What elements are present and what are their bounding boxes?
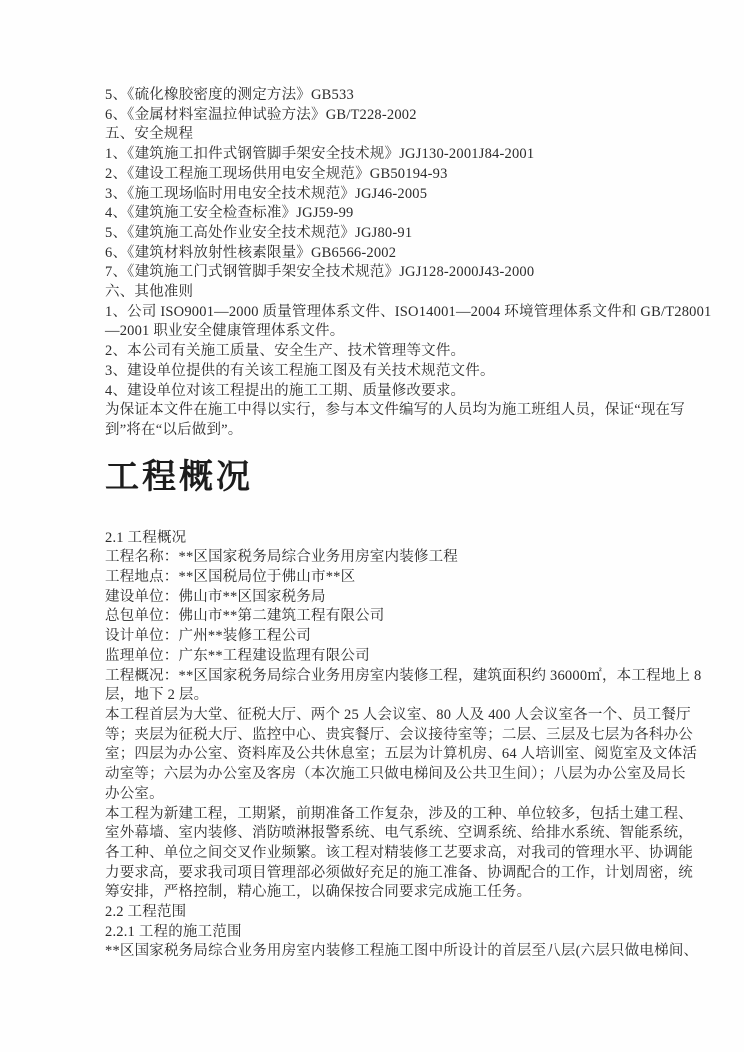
text-line: 2.2.1 工程的施工范围: [105, 923, 665, 943]
text-line: 7、《建筑施工门式钢管脚手架安全技术规范》JGJ128-2000J43-2000: [105, 263, 665, 283]
text-line: 设计单位：广州**装修工程公司: [105, 627, 665, 647]
text-line: 监理单位：广东**工程建设监理有限公司: [105, 647, 665, 667]
text-line: 1、《建筑施工扣件式钢管脚手架安全技术规》JGJ130-2001J84-2001: [105, 145, 665, 165]
text-line: 本工程为新建工程，工期紧，前期准备工作复杂，涉及的工种、单位较多，包括土建工程、: [105, 805, 665, 825]
text-line: 等；夹层为征税大厅、监控中心、贵宾餐厅、会议接待室等；二层、三层及七层为各科办公: [105, 726, 665, 746]
document-page: 5、《硫化橡胶密度的测定方法》GB5336、《金属材料室温拉伸试验方法》GB/T…: [0, 0, 744, 1052]
text-line: —2001 职业安全健康管理体系文件。: [105, 322, 665, 342]
text-line: 6、《建筑材料放射性核素限量》GB6566-2002: [105, 244, 665, 264]
text-line: 各工种、单位之间交叉作业频繁。该工程对精装修工艺要求高，对我司的管理水平、协调能: [105, 844, 665, 864]
text-line: 工程地点：**区国税局位于佛山市**区: [105, 568, 665, 588]
text-line: 六、其他准则: [105, 283, 665, 303]
text-line: 到”将在“以后做到”。: [105, 421, 665, 441]
text-line: 工程概况：**区国家税务局综合业务用房室内装修工程，建筑面积约 36000㎡，本…: [105, 667, 665, 687]
text-line: 五、安全规程: [105, 125, 665, 145]
text-line: 层，地下 2 层。: [105, 686, 665, 706]
text-line: 5、《建筑施工高处作业安全技术规范》JGJ80-91: [105, 224, 665, 244]
text-line: 室；四层为办公室、资料库及公共休息室；五层为计算机房、64 人培训室、阅览室及文…: [105, 745, 665, 765]
regulations-text-block: 5、《硫化橡胶密度的测定方法》GB5336、《金属材料室温拉伸试验方法》GB/T…: [105, 86, 665, 441]
text-line: 工程名称：**区国家税务局综合业务用房室内装修工程: [105, 548, 665, 568]
text-line: 总包单位：佛山市**第二建筑工程有限公司: [105, 607, 665, 627]
text-line: 2.2 工程范围: [105, 903, 665, 923]
text-line: 室外幕墙、室内装修、消防喷淋报警系统、电气系统、空调系统、给排水系统、智能系统，: [105, 824, 665, 844]
text-line: **区国家税务局综合业务用房室内装修工程施工图中所设计的首层至八层(六层只做电梯…: [105, 942, 665, 962]
text-line: 本工程首层为大堂、征税大厅、两个 25 人会议室、80 人及 400 人会议室各…: [105, 706, 665, 726]
text-line: 5、《硫化橡胶密度的测定方法》GB533: [105, 86, 665, 106]
text-line: 4、《建筑施工安全检查标准》JGJ59-99: [105, 204, 665, 224]
text-line: 4、建设单位对该工程提出的施工工期、质量修改要求。: [105, 382, 665, 402]
text-line: 为保证本文件在施工中得以实行，参与本文件编写的人员均为施工班组人员，保证“现在写: [105, 401, 665, 421]
text-line: 办公室。: [105, 785, 665, 805]
text-line: 3、建设单位提供的有关该工程施工图及有关技术规范文件。: [105, 362, 665, 382]
text-line: 1、公司 ISO9001—2000 质量管理体系文件、ISO14001—2004…: [105, 303, 665, 323]
chapter-title: 工程概况: [105, 455, 665, 501]
project-overview-text-block: 2.1 工程概况工程名称：**区国家税务局综合业务用房室内装修工程工程地点：**…: [105, 529, 665, 962]
text-line: 2、《建设工程施工现场供用电安全规范》GB50194-93: [105, 165, 665, 185]
text-line: 筹安排，严格控制，精心施工，以确保按合同要求完成施工任务。: [105, 883, 665, 903]
document-content: 5、《硫化橡胶密度的测定方法》GB5336、《金属材料室温拉伸试验方法》GB/T…: [105, 86, 665, 962]
text-line: 2.1 工程概况: [105, 529, 665, 549]
text-line: 动室等；六层为办公室及客房（本次施工只做电梯间及公共卫生间）；八层为办公室及局长: [105, 765, 665, 785]
text-line: 6、《金属材料室温拉伸试验方法》GB/T228-2002: [105, 106, 665, 126]
text-line: 力要求高，要求我司项目管理部必须做好充足的施工准备、协调配合的工作，计划周密，统: [105, 864, 665, 884]
text-line: 3、《施工现场临时用电安全技术规范》JGJ46-2005: [105, 185, 665, 205]
text-line: 2、本公司有关施工质量、安全生产、技术管理等文件。: [105, 342, 665, 362]
text-line: 建设单位：佛山市**区国家税务局: [105, 588, 665, 608]
